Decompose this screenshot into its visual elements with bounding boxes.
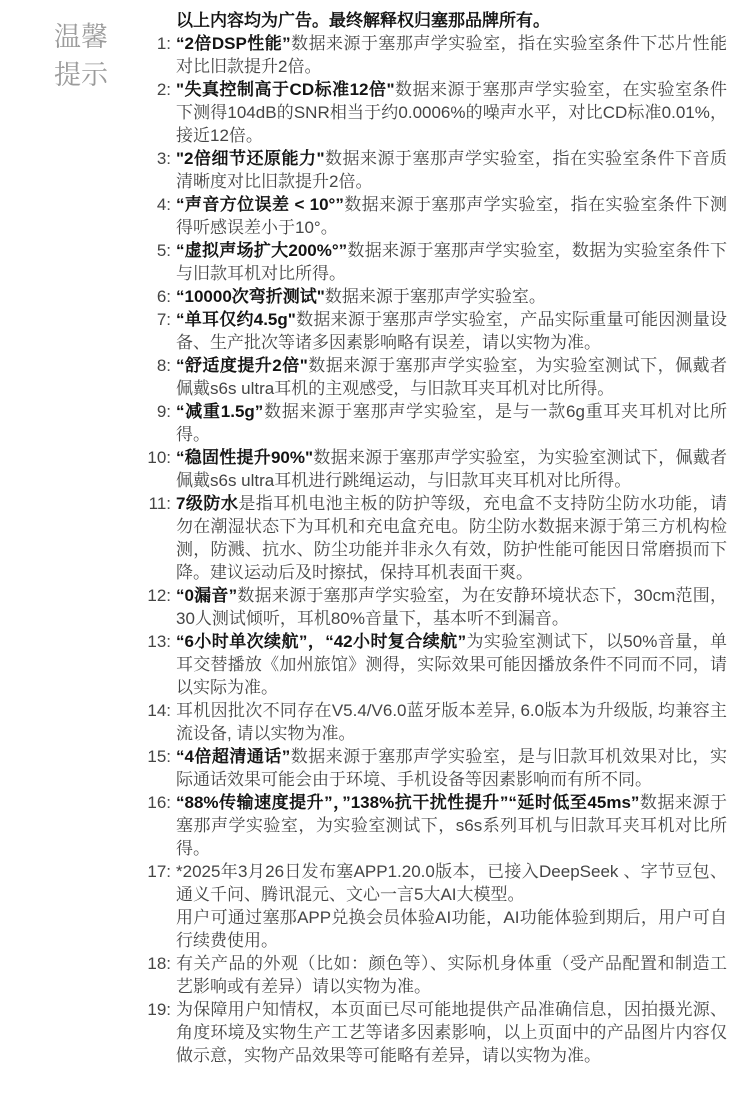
- note-item: 5:“虚拟声场扩大200%°”数据来源于塞那声学实验室，数据为实验室条件下与旧款…: [143, 239, 727, 285]
- note-number: 12:: [143, 584, 171, 607]
- note-item: 19:为保障用户知情权，本页面已尽可能地提供产品准确信息，因拍摄光源、角度环境及…: [143, 998, 727, 1067]
- note-text: "2倍细节还原能力"数据来源于塞那声学实验室，指在实验室条件下音质清晰度对比旧款…: [176, 147, 727, 193]
- note-item: 4:“声音方位误差 < 10°”数据来源于塞那声学实验室，指在实验室条件下测得听…: [143, 193, 727, 239]
- note-text: “单耳仅约4.5g"数据来源于塞那声学实验室，产品实际重量可能因测量设备、生产批…: [176, 308, 727, 354]
- note-item: 9:“减重1.5g”数据来源于塞那声学实验室，是与一款6g重耳夹耳机对比所得。: [143, 400, 727, 446]
- note-number: 10:: [143, 446, 171, 469]
- note-text: “减重1.5g”数据来源于塞那声学实验室，是与一款6g重耳夹耳机对比所得。: [176, 400, 727, 446]
- note-item: 1:“2倍DSP性能”数据来源于塞那声学实验室，指在实验室条件下芯片性能对比旧款…: [143, 32, 727, 78]
- note-item: 13:“6小时单次续航”，“42小时复合续航”为实验室测试下，以50%音量，单耳…: [143, 630, 727, 699]
- note-item: 12:“0漏音”数据来源于塞那声学实验室，为在安静环境状态下，30cm范围，30…: [143, 584, 727, 630]
- note-text: *2025年3月26日发布塞APP1.20.0版本，已接入DeepSeek 、字…: [176, 860, 727, 952]
- note-item: 14:耳机因批次不同存在V5.4/V6.0蓝牙版本差异, 6.0版本为升级版, …: [143, 699, 727, 745]
- note-text: 耳机因批次不同存在V5.4/V6.0蓝牙版本差异, 6.0版本为升级版, 均兼容…: [176, 699, 727, 745]
- note-number: 2:: [143, 78, 171, 101]
- note-text: “舒适度提升2倍"数据来源于塞那声学实验室，为实验室测试下，佩戴者佩戴s6s u…: [176, 354, 727, 400]
- note-number: 14:: [143, 699, 171, 722]
- note-text: “虚拟声场扩大200%°”数据来源于塞那声学实验室，数据为实验室条件下与旧款耳机…: [176, 239, 727, 285]
- note-text: "失真控制高于CD标准12倍"数据来源于塞那声学实验室，在实验室条件下测得104…: [176, 78, 727, 147]
- note-item: 7:“单耳仅约4.5g"数据来源于塞那声学实验室，产品实际重量可能因测量设备、生…: [143, 308, 727, 354]
- note-item: 8:“舒适度提升2倍"数据来源于塞那声学实验室，为实验室测试下，佩戴者佩戴s6s…: [143, 354, 727, 400]
- note-number: 9:: [143, 400, 171, 423]
- note-item: 17:*2025年3月26日发布塞APP1.20.0版本，已接入DeepSeek…: [143, 860, 727, 952]
- note-text: “声音方位误差 < 10°”数据来源于塞那声学实验室，指在实验室条件下测得听感误…: [176, 193, 727, 239]
- note-text: “0漏音”数据来源于塞那声学实验室，为在安静环境状态下，30cm范围，30人测试…: [176, 584, 727, 630]
- note-number: 5:: [143, 239, 171, 262]
- note-number: 8:: [143, 354, 171, 377]
- notes-list: 1:“2倍DSP性能”数据来源于塞那声学实验室，指在实验室条件下芯片性能对比旧款…: [143, 32, 727, 1067]
- note-item: 3:"2倍细节还原能力"数据来源于塞那声学实验室，指在实验室条件下音质清晰度对比…: [143, 147, 727, 193]
- note-number: 18:: [143, 952, 171, 975]
- note-number: 6:: [143, 285, 171, 308]
- note-text: “稳固性提升90%"数据来源于塞那声学实验室，为实验室测试下，佩戴者佩戴s6s …: [176, 446, 727, 492]
- disclaimer-header: 以上内容均为广告。最终解释权归塞那品牌所有。: [176, 9, 727, 32]
- note-number: 15:: [143, 745, 171, 768]
- note-item: 18:有关产品的外观（比如：颜色等）、实际机身体重（受产品配置和制造工艺影响或有…: [143, 952, 727, 998]
- note-item: 11:7级防水是指耳机电池主板的防护等级，充电盒不支持防尘防水功能，请勿在潮湿状…: [143, 492, 727, 584]
- note-number: 19:: [143, 998, 171, 1021]
- note-text: “88%传输速度提升”，”138%抗干扰性提升”“延时低至45ms”数据来源于塞…: [176, 791, 727, 860]
- note-text: “4倍超清通话”数据来源于塞那声学实验室，是与旧款耳机效果对比，实际通话效果可能…: [176, 745, 727, 791]
- note-item: 2:"失真控制高于CD标准12倍"数据来源于塞那声学实验室，在实验室条件下测得1…: [143, 78, 727, 147]
- note-number: 7:: [143, 308, 171, 331]
- tips-label-line1: 温馨: [54, 18, 108, 56]
- note-text: “10000次弯折测试"数据来源于塞那声学实验室。: [176, 285, 727, 308]
- tips-label-line2: 提示: [54, 56, 108, 94]
- note-number: 3:: [143, 147, 171, 170]
- note-item: 16:“88%传输速度提升”，”138%抗干扰性提升”“延时低至45ms”数据来…: [143, 791, 727, 860]
- note-text: 有关产品的外观（比如：颜色等）、实际机身体重（受产品配置和制造工艺影响或有差异）…: [176, 952, 727, 998]
- note-number: 16:: [143, 791, 171, 814]
- note-number: 4:: [143, 193, 171, 216]
- note-text: 为保障用户知情权，本页面已尽可能地提供产品准确信息，因拍摄光源、角度环境及实物生…: [176, 998, 727, 1067]
- note-text: “2倍DSP性能”数据来源于塞那声学实验室，指在实验室条件下芯片性能对比旧款提升…: [176, 32, 727, 78]
- note-number: 13:: [143, 630, 171, 653]
- note-number: 17:: [143, 860, 171, 883]
- note-number: 11:: [143, 492, 171, 515]
- note-number: 1:: [143, 32, 171, 55]
- disclaimer-content: 以上内容均为广告。最终解释权归塞那品牌所有。 1:“2倍DSP性能”数据来源于塞…: [143, 9, 727, 1067]
- note-item: 6:“10000次弯折测试"数据来源于塞那声学实验室。: [143, 285, 727, 308]
- tips-label: 温馨 提示: [54, 18, 108, 94]
- note-item: 15:“4倍超清通话”数据来源于塞那声学实验室，是与旧款耳机效果对比，实际通话效…: [143, 745, 727, 791]
- note-item: 10:“稳固性提升90%"数据来源于塞那声学实验室，为实验室测试下，佩戴者佩戴s…: [143, 446, 727, 492]
- note-text: 7级防水是指耳机电池主板的防护等级，充电盒不支持防尘防水功能，请勿在潮湿状态下为…: [176, 492, 727, 584]
- note-text: “6小时单次续航”，“42小时复合续航”为实验室测试下，以50%音量，单耳交替播…: [176, 630, 727, 699]
